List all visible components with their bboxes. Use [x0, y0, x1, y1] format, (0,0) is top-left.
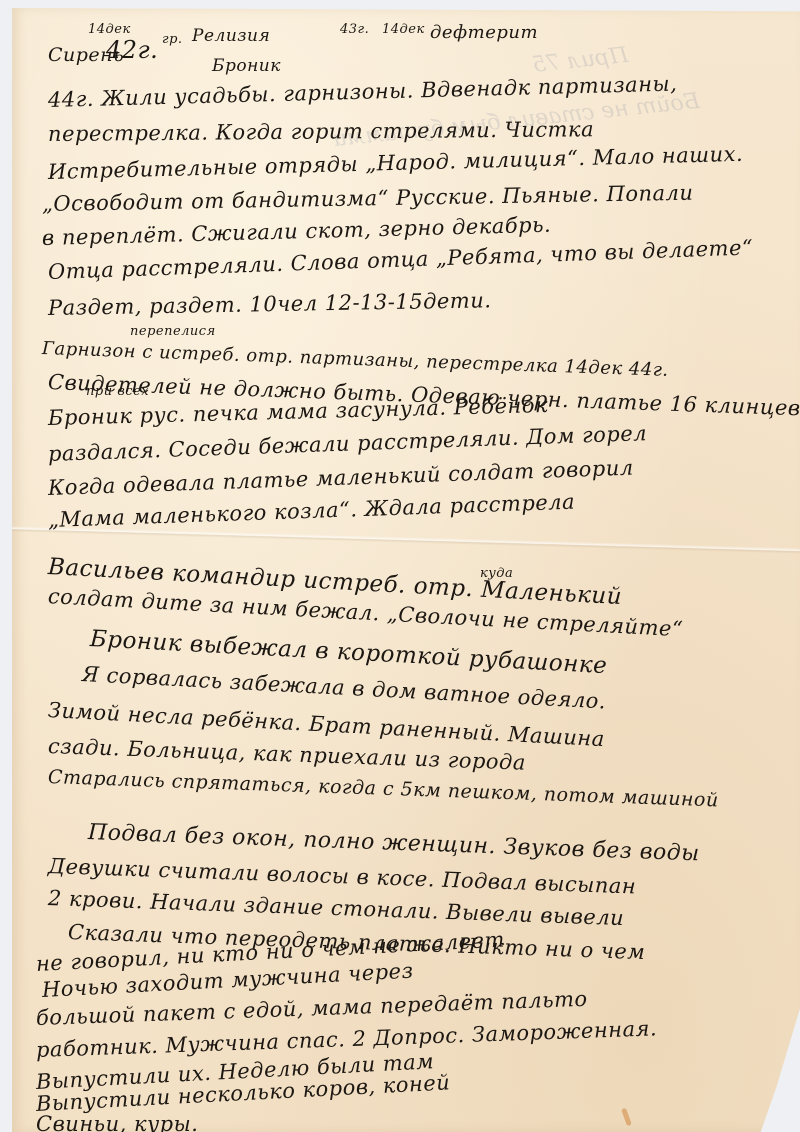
text-line: перестрелка. Когда горит стрелями. Чистк…	[48, 117, 594, 146]
header-name: Броник	[212, 56, 281, 76]
note-word: Релизия	[192, 26, 270, 46]
text-line: Раздет, раздет. 10чел 12-13-15дети.	[48, 288, 492, 320]
text-line: Старались спрятаться, когда с 5км пешком…	[48, 766, 719, 811]
paper-stain	[621, 1108, 632, 1127]
note-date-2: 14дек	[382, 22, 425, 37]
interlinear-note: куда	[480, 566, 513, 581]
note-year-2: 43г.	[340, 22, 369, 37]
note-word-2: дефтерит	[430, 22, 538, 43]
interlinear-note: при всех	[86, 384, 149, 399]
text-line: „Освободит от бандитизма“ Русские. Пьяны…	[42, 181, 694, 216]
letter-page: Прил 75 Бойт не ставил бым бутимми 14дек…	[12, 8, 800, 1132]
header-word: Сирень	[48, 44, 124, 66]
text-line: Истребительные отряды „Народ. милиция“. …	[48, 142, 744, 184]
note-abbrev: гр.	[162, 32, 183, 47]
note-date: 14дек	[88, 22, 131, 37]
paper-fold	[12, 526, 800, 554]
text-line: Свиньи, куры.	[36, 1112, 198, 1132]
interlinear-note: перепелися	[130, 324, 216, 339]
